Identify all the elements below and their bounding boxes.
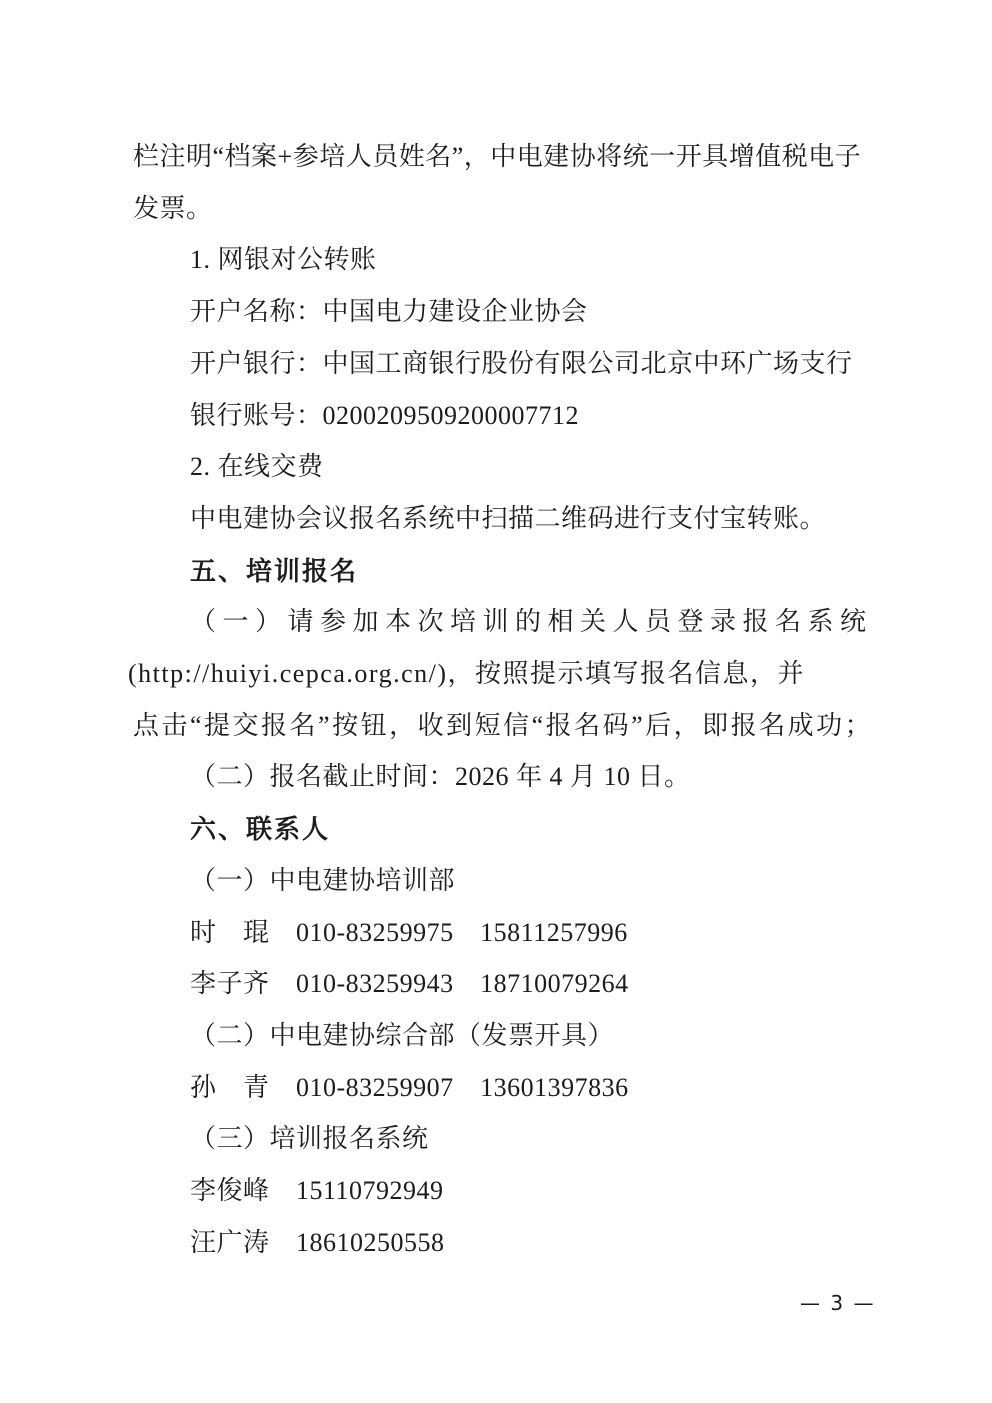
- document-line: 李俊峰 15110792949: [190, 1175, 444, 1207]
- document-line: 点击“提交报名”按钮，收到短信“报名码”后，即报名成功；: [133, 710, 873, 742]
- document-line: 栏注明“档案+参培人员姓名”，中电建协将统一开具增值税电子: [133, 141, 861, 173]
- document-line: 孙 青 010-83259907 13601397836: [190, 1072, 629, 1104]
- document-line: （一）中电建协培训部: [190, 865, 455, 897]
- document-line: 李子齐 010-83259943 18710079264: [190, 968, 629, 1000]
- document-line: 银行账号：0200209509200007712: [190, 400, 579, 432]
- document-line: 发票。: [133, 193, 213, 225]
- document-line: （二）报名截止时间：2026 年 4 月 10 日。: [190, 761, 691, 793]
- document-line: （二）中电建协综合部（发票开具）: [190, 1020, 614, 1052]
- document-line: (http://huiyi.cepca.org.cn/)，按照提示填写报名信息，…: [128, 658, 805, 690]
- section-heading: 五、培训报名: [190, 555, 358, 587]
- document-line: 1. 网银对公转账: [190, 244, 377, 276]
- document-line: （三）培训报名系统: [190, 1123, 429, 1155]
- document-line: 中电建协会议报名系统中扫描二维码进行支付宝转账。: [190, 503, 826, 535]
- section-heading: 六、联系人: [190, 813, 330, 845]
- document-page: 栏注明“档案+参培人员姓名”，中电建协将统一开具增值税电子发票。1. 网银对公转…: [0, 0, 992, 1403]
- document-line: 时 琨 010-83259975 15811257996: [190, 917, 628, 949]
- document-line: 开户银行：中国工商银行股份有限公司北京中环广场支行: [190, 348, 853, 380]
- document-line: 开户名称：中国电力建设企业协会: [190, 296, 588, 328]
- document-line: （一）请参加本次培训的相关人员登录报名系统: [190, 606, 873, 638]
- document-line: 汪广涛 18610250558: [190, 1227, 445, 1259]
- page-number: — 3 —: [800, 1291, 875, 1315]
- document-line: 2. 在线交费: [190, 451, 324, 483]
